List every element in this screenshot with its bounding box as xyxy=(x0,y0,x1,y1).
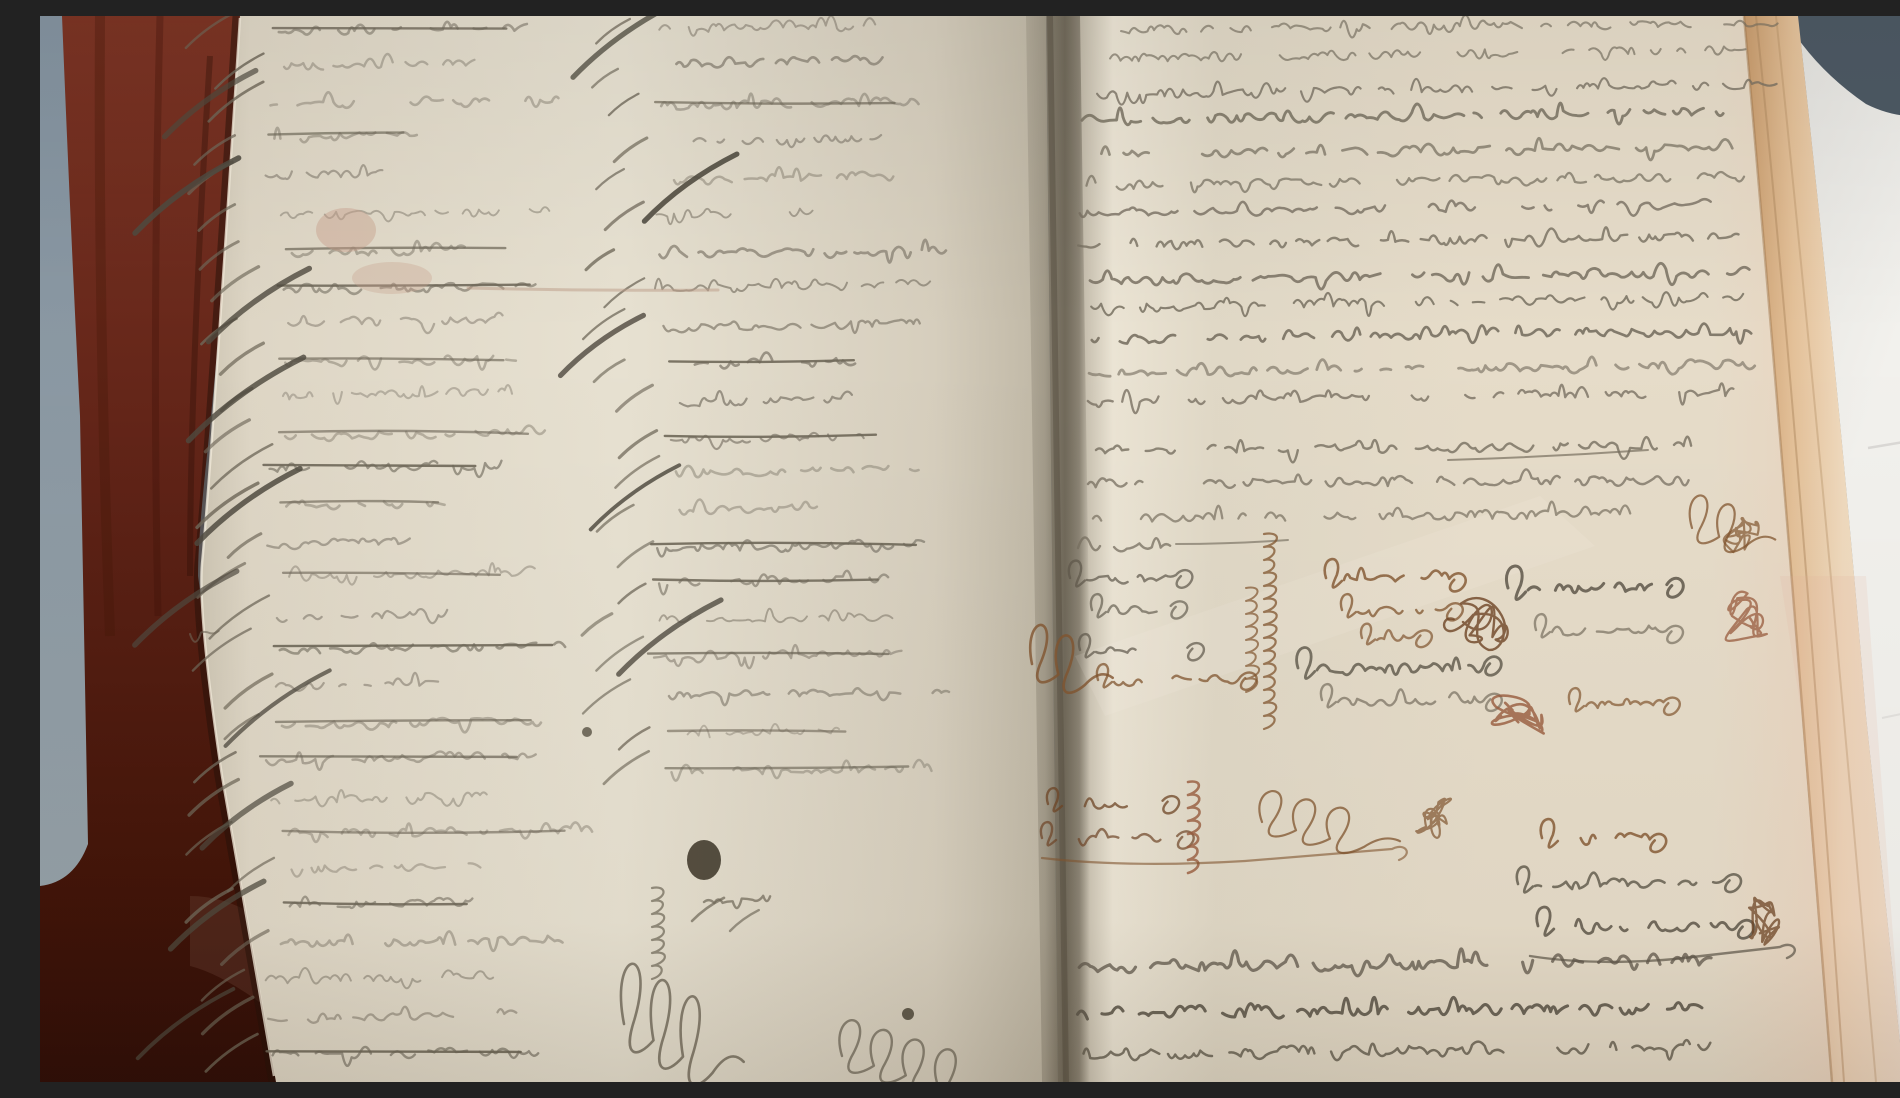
photo-vignette xyxy=(40,16,1900,1082)
photo-canvas xyxy=(40,16,1900,1082)
manuscript-photograph xyxy=(40,16,1900,1082)
